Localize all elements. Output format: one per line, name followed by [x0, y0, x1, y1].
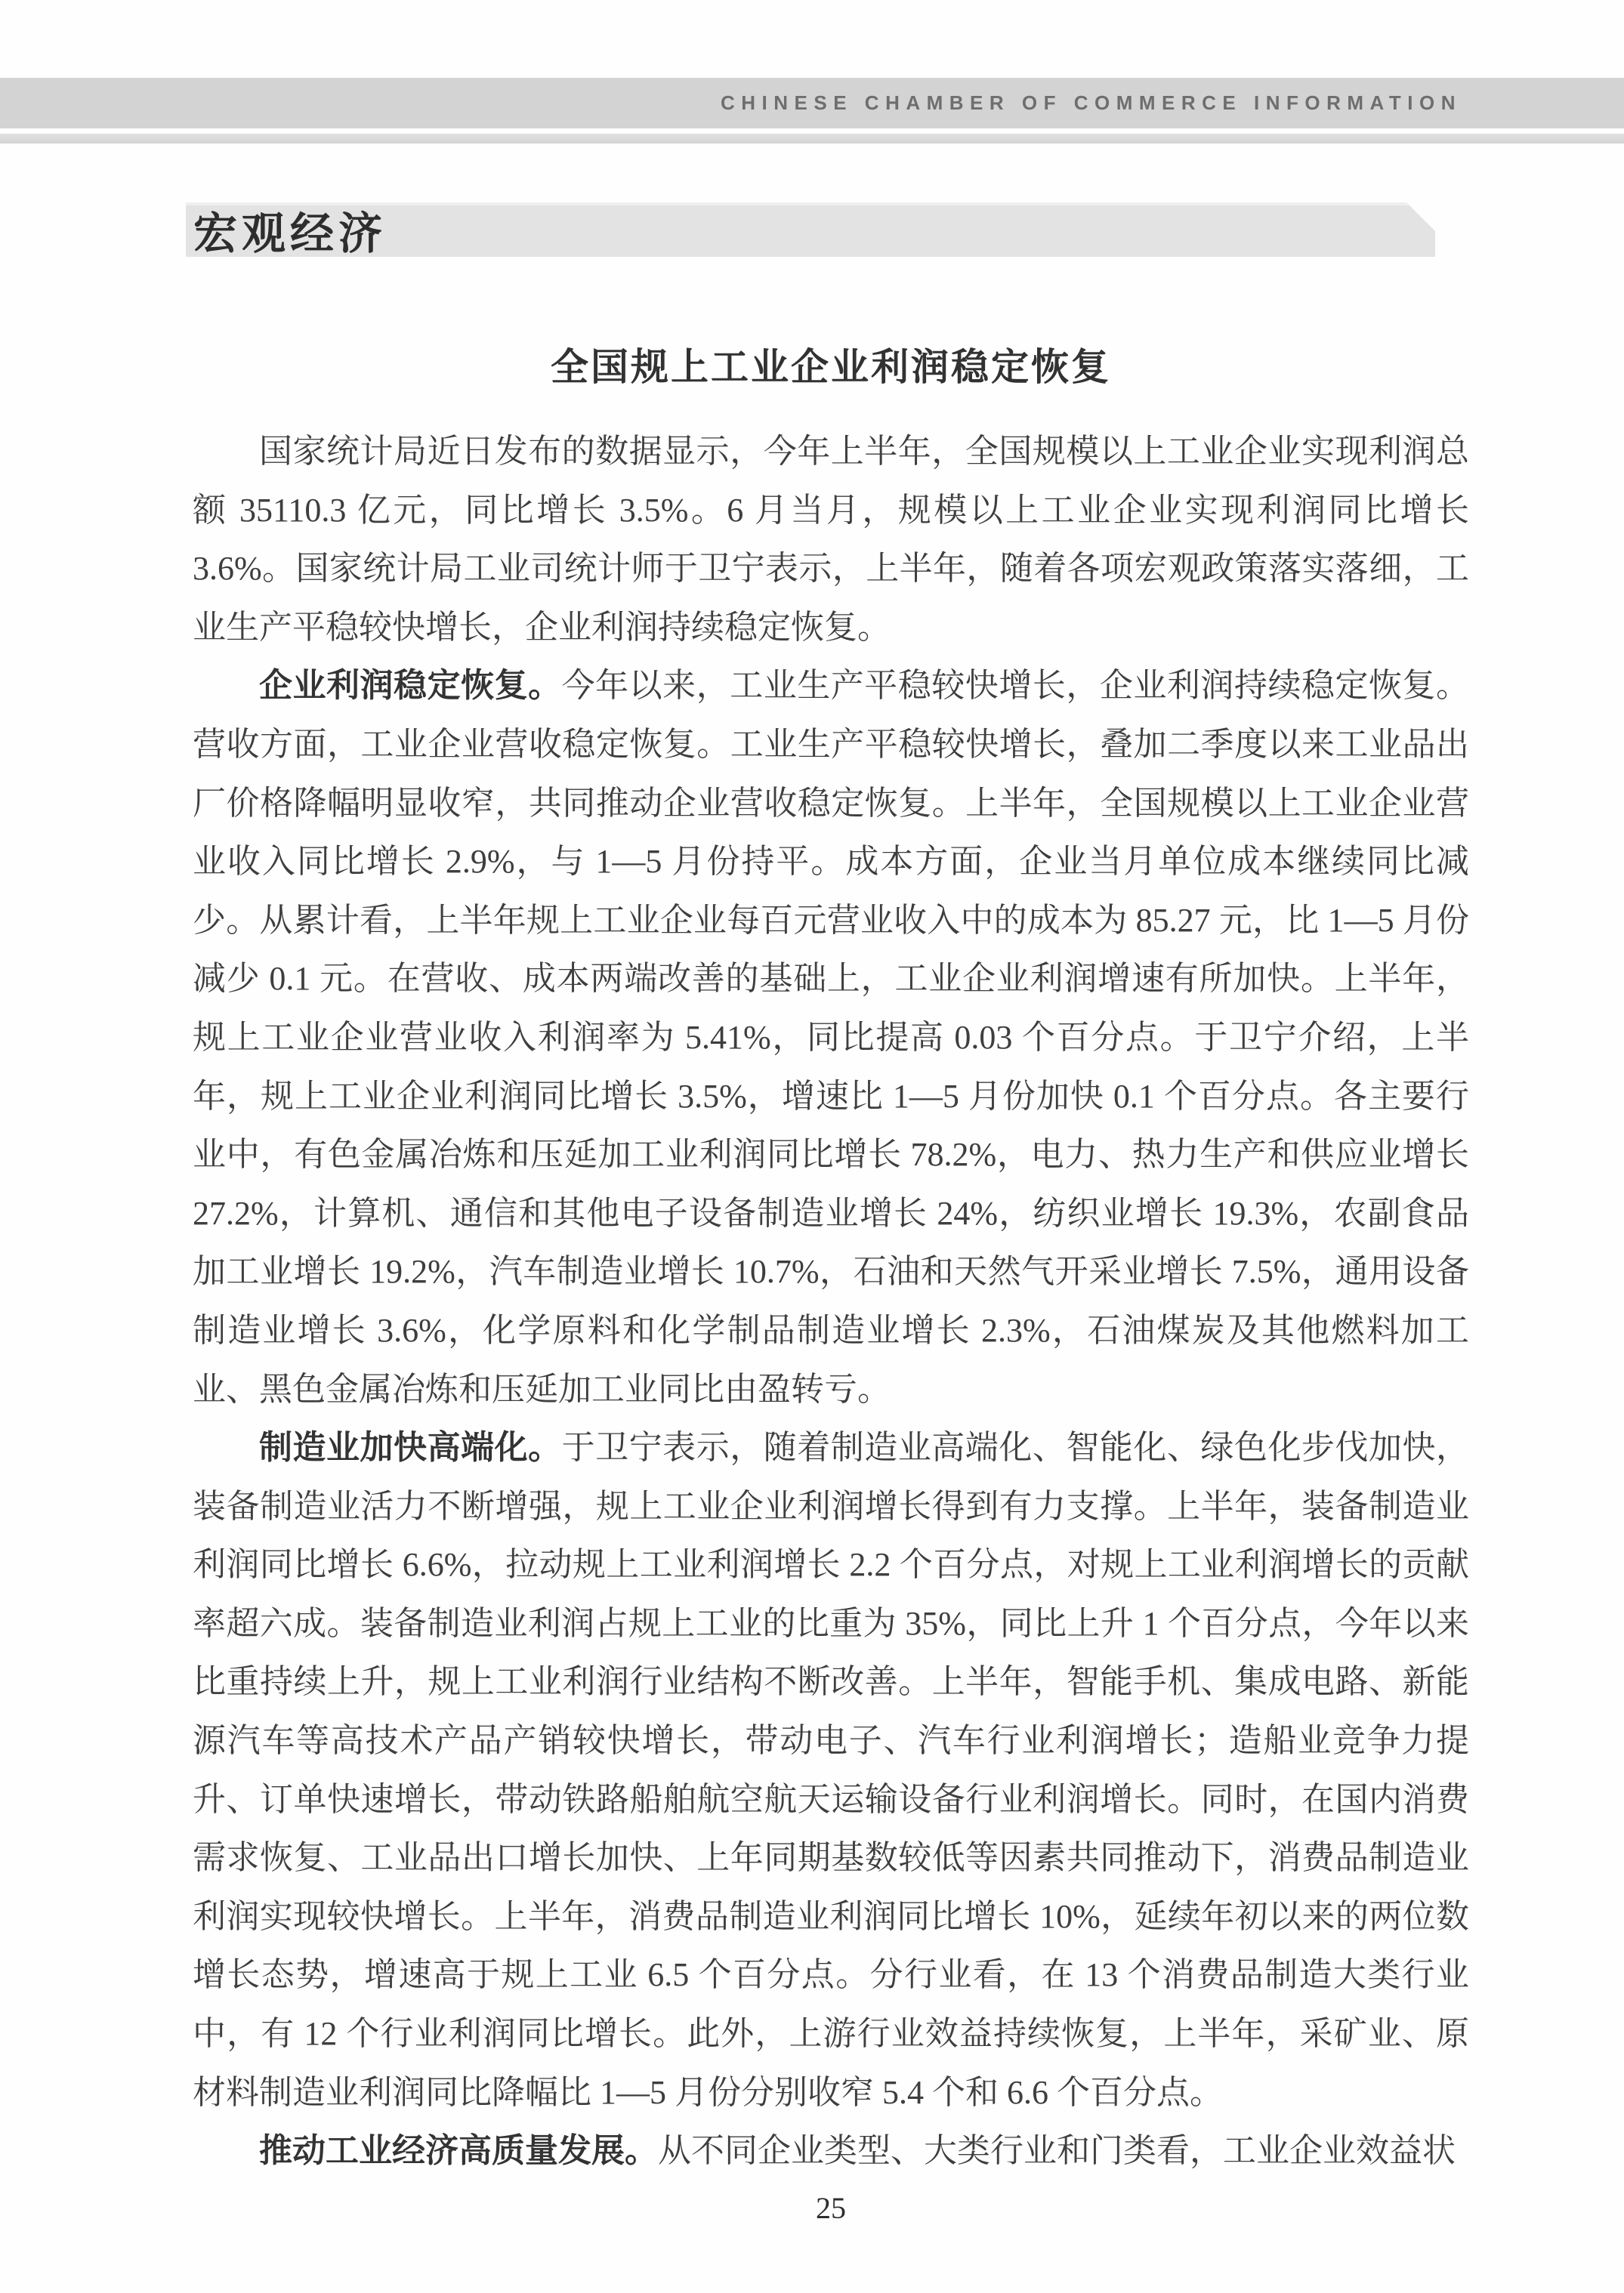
paragraph-text: 于卫宁表示，随着制造业高端化、智能化、绿色化步伐加快，装备制造业活力不断增强，规… — [193, 1429, 1469, 2111]
paragraph: 企业利润稳定恢复。今年以来，工业生产平稳较快增长，企业利润持续稳定恢复。营收方面… — [193, 656, 1469, 1418]
section-banner: 宏观经济 — [186, 202, 1435, 257]
divider-bar — [0, 134, 1624, 144]
paragraph: 国家统计局近日发布的数据显示，今年上半年，全国规模以上工业企业实现利润总额 35… — [193, 422, 1469, 656]
section-title: 宏观经济 — [193, 198, 387, 261]
article-title: 全国规上工业企业利润稳定恢复 — [193, 337, 1469, 391]
paragraph-lead: 制造业加快高端化。 — [259, 1429, 562, 1466]
paragraph: 推动工业经济高质量发展。从不同企业类型、大类行业和门类看，工业企业效益状 — [193, 2122, 1469, 2180]
paragraph: 制造业加快高端化。于卫宁表示，随着制造业高端化、智能化、绿色化步伐加快，装备制造… — [193, 1418, 1469, 2122]
paragraph-text: 从不同企业类型、大类行业和门类看，工业企业效益状 — [658, 2132, 1456, 2169]
masthead-caption: CHINESE CHAMBER OF COMMERCE INFORMATION — [721, 91, 1462, 115]
paragraph-text: 国家统计局近日发布的数据显示，今年上半年，全国规模以上工业企业实现利润总额 35… — [193, 433, 1469, 646]
paragraph-lead: 推动工业经济高质量发展。 — [259, 2132, 658, 2169]
masthead-bar: CHINESE CHAMBER OF COMMERCE INFORMATION — [0, 78, 1624, 128]
paragraph-text: 今年以来，工业生产平稳较快增长，企业利润持续稳定恢复。营收方面，工业企业营收稳定… — [193, 667, 1469, 1407]
document-page: CHINESE CHAMBER OF COMMERCE INFORMATION … — [0, 0, 1624, 2293]
article-body: 国家统计局近日发布的数据显示，今年上半年，全国规模以上工业企业实现利润总额 35… — [193, 422, 1469, 2180]
paragraph-lead: 企业利润稳定恢复。 — [259, 667, 562, 704]
page-number: 25 — [193, 2190, 1469, 2226]
